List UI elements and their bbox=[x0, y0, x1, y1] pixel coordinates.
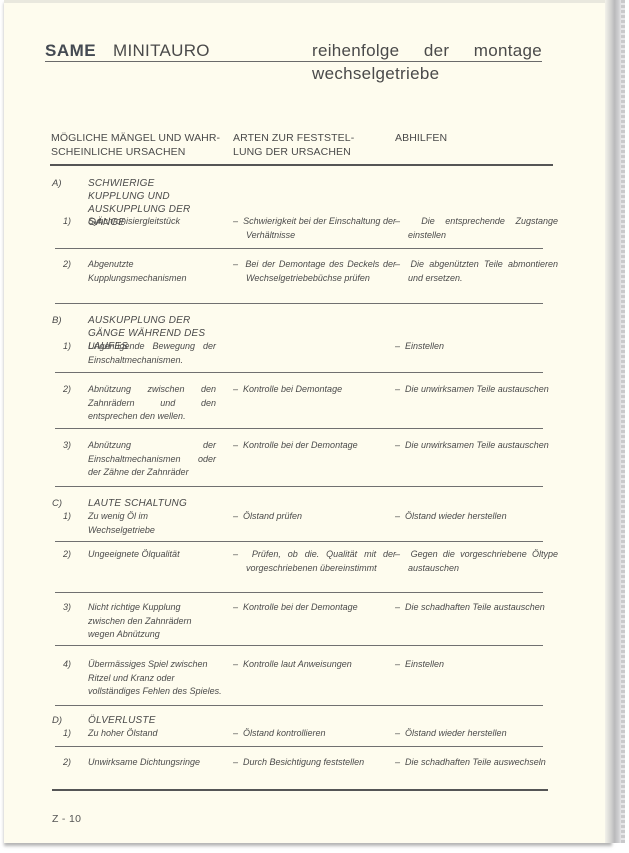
page-subtitle: wechselgetriebe bbox=[312, 64, 439, 84]
item-cause: Zu hoher Ölstand bbox=[88, 727, 228, 741]
item-check: Durch Besichtigung feststellen bbox=[233, 756, 366, 770]
table-bottom-rule bbox=[52, 789, 548, 791]
column-header-causes: MÖGLICHE MÄNGEL UND WAHR- SCHEINLICHE UR… bbox=[51, 131, 231, 159]
section-divider bbox=[55, 486, 543, 487]
item-remedy: Die unwirksamen Teile austauschen bbox=[395, 439, 558, 453]
item-check: Prüfen, ob die. Qualität mit der vorgesc… bbox=[233, 548, 396, 575]
item-check: Kontrolle laut Anweisungen bbox=[233, 658, 396, 672]
page-title: reihenfolge der montage bbox=[312, 41, 542, 61]
column-header-causes-line2: SCHEINLICHE URSACHEN bbox=[51, 145, 231, 159]
item-check: Kontrolle bei der Demontage bbox=[233, 601, 396, 615]
item-cause: Übermässiges Spiel zwischen Ritzel und K… bbox=[88, 658, 223, 699]
item-cause: Zu wenig Öl im Wechselgetriebe bbox=[88, 510, 216, 537]
item-number: 2) bbox=[57, 548, 71, 562]
page-number: Z - 10 bbox=[52, 813, 81, 825]
page-top-shade bbox=[4, 0, 612, 3]
item-number: 3) bbox=[57, 439, 71, 453]
column-header-remedies: ABHILFEN bbox=[395, 131, 515, 145]
item-number: 2) bbox=[57, 258, 71, 272]
item-check: Ölstand prüfen bbox=[233, 510, 396, 524]
section-divider bbox=[55, 705, 543, 706]
item-remedy: Die unwirksamen Teile austauschen bbox=[395, 383, 558, 397]
item-number: 3) bbox=[57, 601, 71, 615]
row-divider bbox=[55, 645, 543, 646]
model-name: MINITAURO bbox=[113, 41, 210, 61]
row-divider bbox=[55, 428, 543, 429]
row-divider bbox=[55, 372, 543, 373]
section-letter: B) bbox=[52, 314, 62, 328]
brand-name: SAME bbox=[45, 41, 96, 61]
row-divider bbox=[55, 592, 543, 593]
section-letter: A) bbox=[52, 177, 62, 191]
item-cause: Ungenügende Bewegung der Einschaltmechan… bbox=[88, 340, 216, 367]
item-check: Schwierigkeit bei der Einschaltung der V… bbox=[233, 215, 396, 242]
item-number: 2) bbox=[57, 383, 71, 397]
row-divider bbox=[55, 541, 543, 542]
column-header-remedies-line1: ABHILFEN bbox=[395, 131, 515, 145]
item-check: Ölstand kontrollieren bbox=[233, 727, 396, 741]
item-number: 4) bbox=[57, 658, 71, 672]
item-cause: Abnützung zwischen den Zahnrädern und de… bbox=[88, 383, 216, 424]
section-divider bbox=[55, 303, 543, 304]
section-title: ÖLVERLUSTE bbox=[88, 714, 228, 727]
item-number: 1) bbox=[57, 510, 71, 524]
row-divider bbox=[55, 746, 543, 747]
item-remedy: Ölstand wieder herstellen bbox=[395, 727, 558, 741]
row-divider bbox=[55, 248, 543, 249]
item-remedy: Die schadhaften Teile auswechseln bbox=[395, 756, 573, 770]
section-title: LAUTE SCHALTUNG bbox=[88, 497, 228, 510]
item-check: Kontrolle bei Demontage bbox=[233, 383, 396, 397]
header-rule bbox=[45, 61, 542, 62]
item-cause: Abnützung der Einschaltmechanismen oder … bbox=[88, 439, 216, 480]
item-number: 2) bbox=[57, 756, 71, 770]
item-number: 1) bbox=[57, 340, 71, 354]
item-cause: Unwirksame Dichtungsringe bbox=[88, 756, 228, 770]
column-header-detection-line2: LUNG DER URSACHEN bbox=[233, 145, 393, 159]
column-header-detection: ARTEN ZUR FESTSTEL- LUNG DER URSACHEN bbox=[233, 131, 393, 159]
section-letter: D) bbox=[52, 714, 62, 728]
item-cause: Ungeeignete Ölqualität bbox=[88, 548, 228, 562]
item-cause: Abgenutzte Kupplungsmechanismen bbox=[88, 258, 216, 285]
item-number: 1) bbox=[57, 727, 71, 741]
item-remedy: Einstellen bbox=[395, 340, 558, 354]
column-header-causes-line1: MÖGLICHE MÄNGEL UND WAHR- bbox=[51, 131, 231, 145]
item-remedy: Die schadhaften Teile austauschen bbox=[395, 601, 568, 615]
item-check: Kontrolle bei der Demontage bbox=[233, 439, 396, 453]
section-letter: C) bbox=[52, 497, 62, 511]
binding-perforation bbox=[621, 0, 625, 843]
binding-edge bbox=[605, 0, 621, 843]
item-remedy: Gegen die vorgeschriebene Öltype austaus… bbox=[395, 548, 558, 575]
item-cause: Nicht richtige Kupplung zwischen den Zah… bbox=[88, 601, 216, 642]
column-header-detection-line1: ARTEN ZUR FESTSTEL- bbox=[233, 131, 393, 145]
item-remedy: Einstellen bbox=[395, 658, 558, 672]
item-remedy: Die abgenützten Teile abmontieren und er… bbox=[395, 258, 558, 285]
item-remedy: Die entsprechende Zugstange einstellen bbox=[395, 215, 558, 242]
item-cause: Synchronisiergleitstück bbox=[88, 215, 228, 229]
table-header-rule bbox=[50, 164, 553, 166]
item-remedy: Ölstand wieder herstellen bbox=[395, 510, 558, 524]
item-number: 1) bbox=[57, 215, 71, 229]
item-check: Bei der Demontage des Deckels der Wechse… bbox=[233, 258, 396, 285]
